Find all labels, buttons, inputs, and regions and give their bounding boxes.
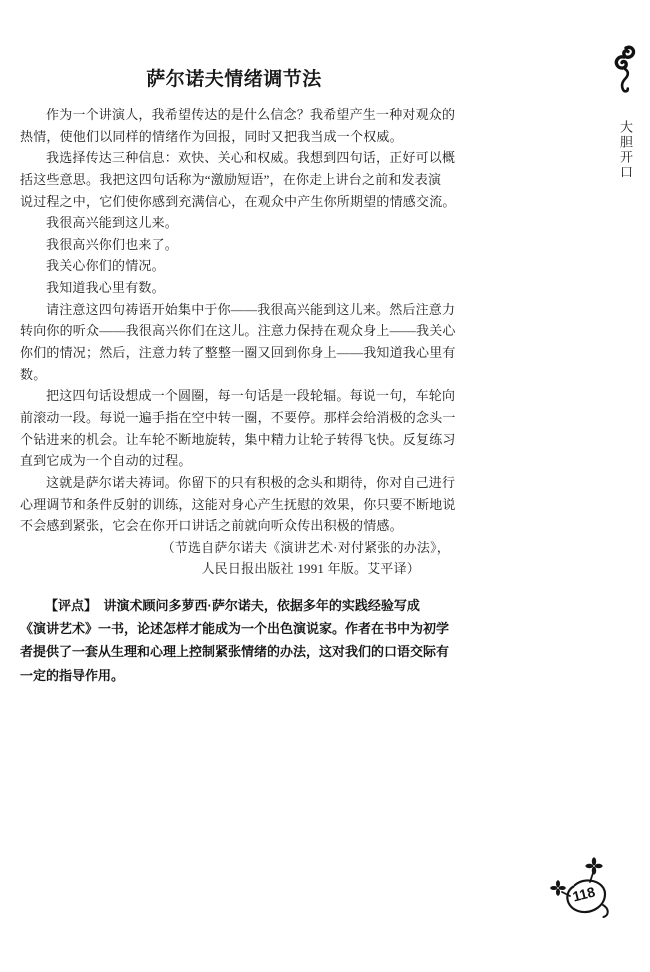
text-line: 这就是萨尔诺夫祷词。你留下的只有积极的念头和期待，你对自己进行	[20, 472, 450, 494]
attribution: （节选自萨尔诺夫《演讲艺术·对付紧张的办法》， 人民日报出版社 1991 年版。…	[20, 537, 450, 580]
text-line: 说过程之中，它们使你感到充满信心，在观众中产生你所期望的情感交流。	[20, 191, 450, 213]
text-line: 一定的指导作用。	[20, 664, 450, 687]
book-page: 萨尔诺夫情绪调节法 作为一个讲演人，我希望传达的是什么信念？我希望产生一种对观众…	[0, 0, 650, 972]
text-line: 我选择传达三种信息：欢快、关心和权威。我想到四句话，正好可以概	[20, 147, 450, 169]
comment-block: 【评点】 讲演术顾问多萝西·萨尔诺夫，依据多年的实践经验写成《演讲艺术》一书，论…	[20, 594, 450, 687]
text-line: 我知道我心里有数。	[20, 277, 450, 299]
text-line: 数。	[20, 364, 450, 386]
text-line: 热情，使他们以同样的情绪作为回报，同时又把我当成一个权威。	[20, 126, 450, 148]
text-line: 个钻进来的机会。让车轮不断地旋转，集中精力让轮子转得飞快。反复练习	[20, 429, 450, 451]
text-line: 《演讲艺术》一书，论述怎样才能成为一个出色演说家。作者在书中为初学	[20, 617, 450, 640]
page-title: 萨尔诺夫情绪调节法	[20, 64, 448, 91]
text-line: 你们的情况；然后，注意力转了整整一圈又回到你身上——我知道我心里有	[20, 342, 450, 364]
text-line: 者提供了一套从生理和心理上控制紧张情绪的办法，这对我们的口语交际有	[20, 640, 450, 663]
page-number-ornament-icon: 118	[548, 856, 620, 933]
page-number: 118	[571, 883, 597, 904]
body-text: 作为一个讲演人，我希望传达的是什么信念？我希望产生一种对观众的热情，使他们以同样…	[20, 104, 450, 537]
text-line: 作为一个讲演人，我希望传达的是什么信念？我希望产生一种对观众的	[20, 104, 450, 126]
text-line: 不会感到紧张，它会在你开口讲话之前就向听众传出积极的情感。	[20, 515, 450, 537]
text-line: 【评点】 讲演术顾问多萝西·萨尔诺夫，依据多年的实践经验写成	[20, 594, 450, 617]
attribution-line: 人民日报出版社 1991 年版。艾平译）	[20, 558, 450, 580]
text-line: 直到它成为一个自动的过程。	[20, 450, 450, 472]
text-line: 括这些意思。我把这四句话称为“激励短语”，在你走上讲台之前和发表演	[20, 169, 450, 191]
text-line: 我很高兴能到这儿来。	[20, 212, 450, 234]
margin-section-label: 大胆开口	[616, 120, 635, 180]
text-line: 把这四句话设想成一个圆圈，每一句话是一段轮辐。每说一句，车轮向	[20, 385, 450, 407]
text-line: 我关心你们的情况。	[20, 255, 450, 277]
text-line: 心理调节和条件反射的训练，这能对身心产生抚慰的效果，你只要不断地说	[20, 494, 450, 516]
text-line: 请注意这四句祷语开始集中于你——我很高兴能到这儿来。然后注意力	[20, 299, 450, 321]
text-line: 我很高兴你们也来了。	[20, 234, 450, 256]
text-line: 前滚动一段。每说一遍手指在空中转一圈，不要停。那样会给消极的念头一	[20, 407, 450, 429]
text-column: 作为一个讲演人，我希望传达的是什么信念？我希望产生一种对观众的热情，使他们以同样…	[20, 104, 450, 687]
attribution-line: （节选自萨尔诺夫《演讲艺术·对付紧张的办法》，	[20, 537, 450, 559]
floral-ornament-icon	[612, 44, 638, 105]
text-line: 转向你的听众——我很高兴你们在这儿。注意力保持在观众身上——我关心	[20, 320, 450, 342]
